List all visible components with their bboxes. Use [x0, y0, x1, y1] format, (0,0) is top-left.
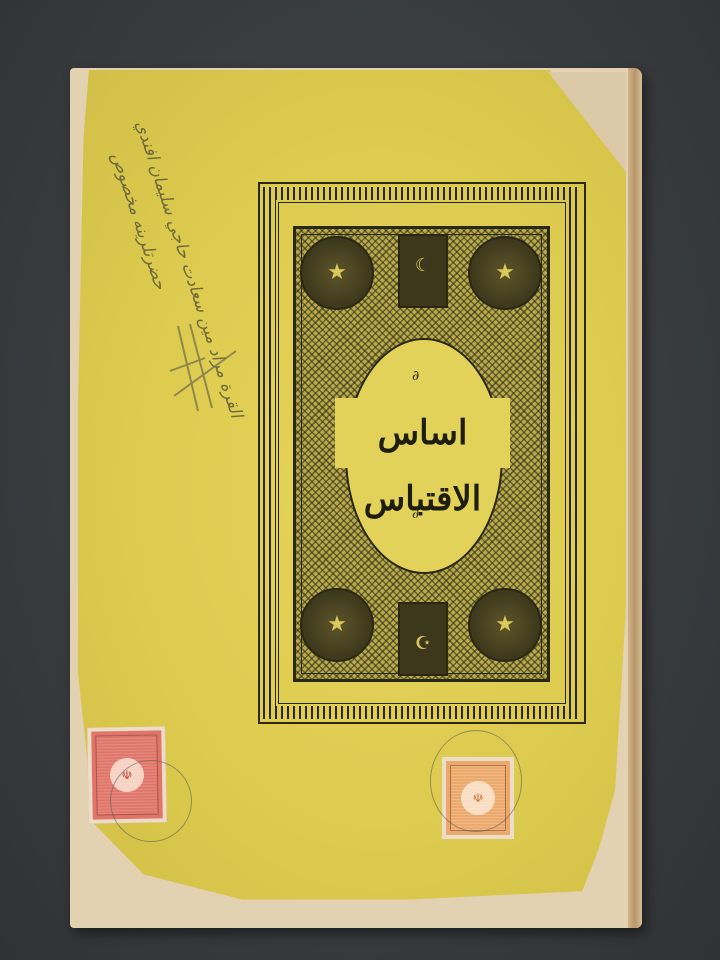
crescent-star-pillar-icon: ☪ — [398, 602, 448, 676]
star-medallion-icon: ★ — [468, 236, 542, 310]
crescent-pillar-icon: ☾ — [398, 234, 448, 308]
flourish-icon: ∂ — [412, 368, 419, 384]
star-medallion-icon: ★ — [300, 236, 374, 310]
star-medallion-icon: ★ — [468, 588, 542, 662]
postmark-cancel — [430, 730, 522, 832]
star-medallion-icon: ★ — [300, 588, 374, 662]
postmark-cancel — [110, 760, 192, 842]
page-edges — [628, 68, 642, 928]
pencil-hash-mark — [160, 316, 240, 416]
flourish-icon: ∂ — [412, 506, 419, 522]
book-title: اساس الاقتباس — [330, 400, 515, 532]
